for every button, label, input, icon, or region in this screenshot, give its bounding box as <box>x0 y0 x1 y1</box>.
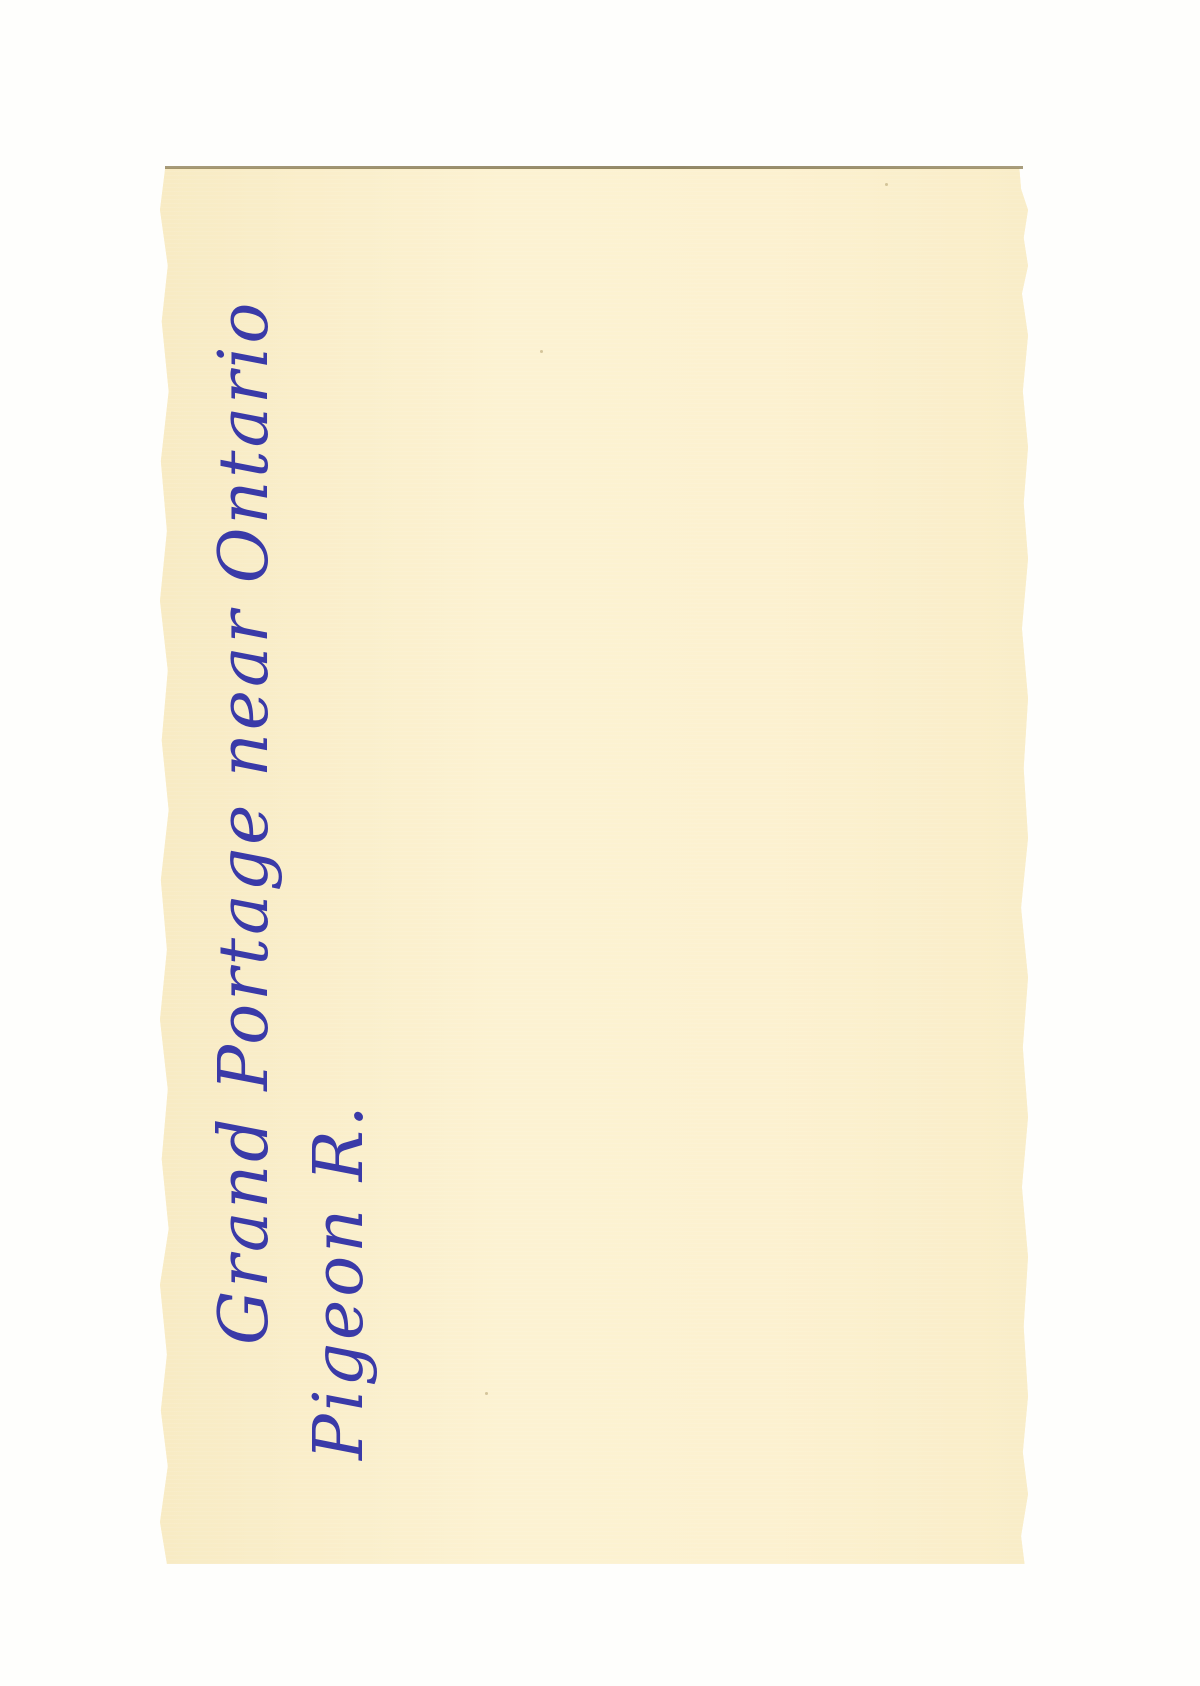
paper-speck <box>885 183 888 186</box>
paper-speck <box>485 1392 488 1395</box>
paper-speck <box>540 350 543 353</box>
scan-background: Grand Portage near Ontario Pigeon R. <box>0 0 1200 1686</box>
handwritten-line-location: Grand Portage near Ontario <box>205 300 284 1345</box>
paper-slip <box>160 168 1028 1564</box>
paper-top-edge <box>165 166 1023 169</box>
handwritten-line-river: Pigeon R. <box>300 1103 379 1460</box>
